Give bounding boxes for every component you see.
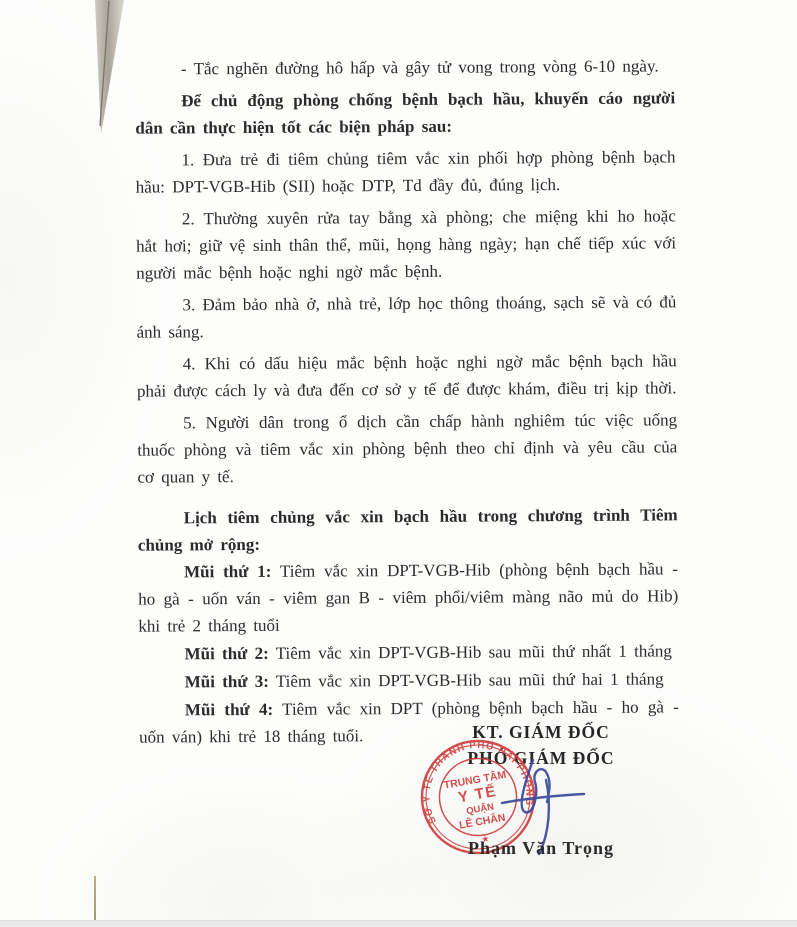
scan-bottom-edge: [0, 920, 797, 927]
measure-item-3: 3. Đảm bảo nhà ở, nhà trẻ, lớp học thông…: [136, 288, 676, 345]
intro-line: - Tắc nghẽn đường hô hấp và gây tử vong …: [135, 52, 675, 82]
document-body: - Tắc nghẽn đường hô hấp và gây tử vong …: [135, 52, 679, 750]
advisory-heading: Để chủ động phòng chống bệnh bạch hầu, k…: [135, 84, 675, 141]
scanned-document-page: - Tắc nghẽn đường hô hấp và gây tử vong …: [0, 0, 797, 927]
schedule-item-3-label: Mũi thứ 3:: [185, 672, 269, 692]
schedule-heading: Lịch tiêm chủng vắc xin bạch hầu trong c…: [138, 501, 678, 558]
schedule-item-3-text: Tiêm vắc xin DPT-VGB-Hib sau mũi thứ hai…: [276, 669, 664, 690]
schedule-item-2: Mũi thứ 2: Tiêm vắc xin DPT-VGB-Hib sau …: [138, 637, 678, 667]
schedule-item-4-label: Mũi thứ 4:: [185, 700, 273, 720]
measure-item-2: 2. Thường xuyên rửa tay bằng xà phòng; c…: [136, 202, 676, 286]
measure-item-5: 5. Người dân trong ổ dịch cần chấp hành …: [137, 406, 677, 490]
schedule-item-2-text: Tiêm vắc xin DPT-VGB-Hib sau mũi thứ nhấ…: [276, 641, 672, 662]
schedule-item-1: Mũi thứ 1: Tiêm vắc xin DPT-VGB-Hib (phò…: [138, 555, 678, 639]
schedule-item-1-label: Mũi thứ 1:: [184, 562, 272, 582]
schedule-item-2-label: Mũi thứ 2:: [184, 644, 268, 664]
signer-name: Phạm Văn Trọng: [436, 838, 646, 859]
measure-item-1: 1. Đưa trẻ đi tiêm chủng tiêm vắc xin ph…: [135, 143, 675, 200]
page-fold-shadow: [0, 0, 150, 150]
schedule-item-3: Mũi thứ 3: Tiêm vắc xin DPT-VGB-Hib sau …: [139, 665, 679, 695]
measure-item-4: 4. Khi có dấu hiệu mắc bệnh hoặc nghi ng…: [137, 347, 677, 404]
